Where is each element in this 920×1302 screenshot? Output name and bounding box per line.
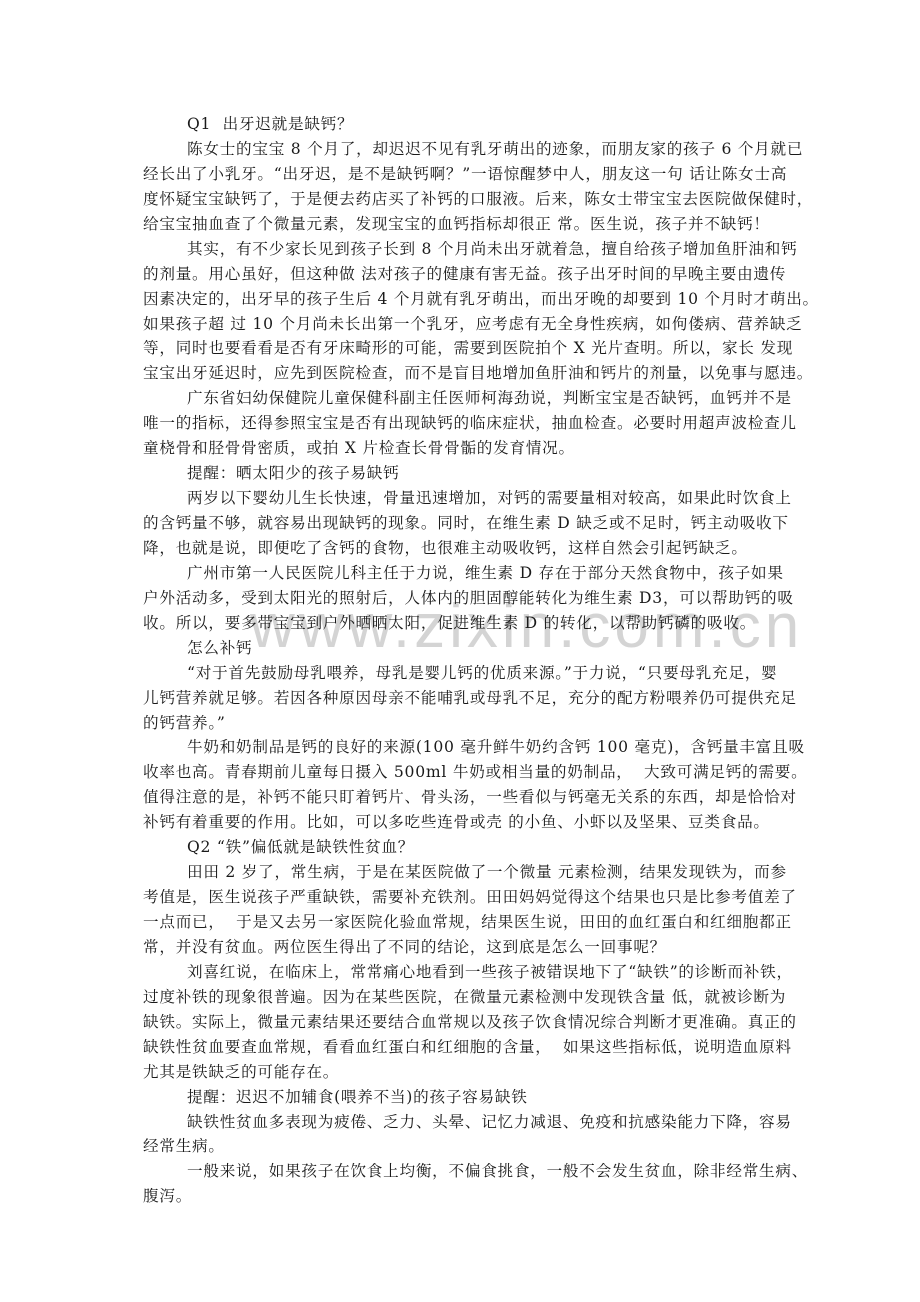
paragraph-line: 儿钙营养就足够。若因各种原因母亲不能哺乳或母乳不足，充分的配方粉喂养仍可提供充足 xyxy=(143,686,783,711)
paragraph-line: 的钙营养。” xyxy=(143,711,783,736)
paragraph-first-line: 广东省妇幼保健院儿童保健科副主任医师柯海劲说，判断宝宝是否缺钙，血钙并不是 xyxy=(143,386,783,411)
paragraph-first-line: 牛奶和奶制品是钙的良好的来源(100 毫升鲜牛奶约含钙 100 毫克)，含钙量丰… xyxy=(143,735,783,760)
paragraph-first-line: Q1 出牙迟就是缺钙？ xyxy=(143,112,783,137)
paragraph-line: 一点而已， 于是又去另一家医院化验血常规，结果医生说，田田的血红蛋白和红细胞都正 xyxy=(143,910,783,935)
paragraph-line: 的剂量。用心虽好，但这种做 法对孩子的健康有害无益。孩子出牙时间的早晚主要由遗传 xyxy=(143,262,783,287)
paragraph-line: 降，也就是说，即便吃了含钙的食物，也很难主动吸收钙，这样自然会引起钙缺乏。 xyxy=(143,536,783,561)
paragraph-line: 如果孩子超 过 10 个月尚未长出第一个乳牙，应考虑有无全身性疾病，如佝偻病、营… xyxy=(143,312,783,337)
paragraph-first-line: “对于首先鼓励母乳喂养，母乳是婴儿钙的优质来源。”于力说，“只要母乳充足，婴 xyxy=(143,661,783,686)
paragraph-line: 收率也高。青春期前儿童每日摄入 500ml 牛奶或相当量的奶制品， 大致可满足钙… xyxy=(143,760,783,785)
document-page: www.zixin.com.cn Q1 出牙迟就是缺钙？陈女士的宝宝 8 个月了… xyxy=(0,0,920,1302)
paragraph-line: 唯一的指标，还得参照宝宝是否有出现缺钙的临床症状，抽血检查。必要时用超声波检查儿 xyxy=(143,411,783,436)
paragraph-line: 尤其是铁缺乏的可能存在。 xyxy=(143,1060,783,1085)
paragraph-first-line: 提醒：迟迟不加辅食(喂养不当)的孩子容易缺铁 xyxy=(143,1085,783,1110)
paragraph-line: 等，同时也要看看是否有牙床畸形的可能，需要到医院拍个 X 光片查明。所以，家长 … xyxy=(143,336,783,361)
paragraph-line: 度怀疑宝宝缺钙了，于是便去药店买了补钙的口服液。后来，陈女士带宝宝去医院做保健时… xyxy=(143,187,783,212)
paragraph-line: 腹泻。 xyxy=(143,1184,783,1209)
paragraph-line: 缺铁性贫血要查血常规，看看血红蛋白和红细胞的含量， 如果这些指标低，说明造血原料 xyxy=(143,1035,783,1060)
paragraph-line: 考值是，医生说孩子严重缺铁，需要补充铁剂。田田妈妈觉得这个结果也只是比参考值差了 xyxy=(143,885,783,910)
paragraph-line: 户外活动多，受到太阳光的照射后，人体内的胆固醇能转化为维生素 D3，可以帮助钙的… xyxy=(143,586,783,611)
paragraph-first-line: 提醒：晒太阳少的孩子易缺钙 xyxy=(143,461,783,486)
paragraph-line: 经长出了小乳牙。“出牙迟，是不是缺钙啊？”一语惊醒梦中人，朋友这一句 话让陈女士… xyxy=(143,162,783,187)
paragraph-line: 宝宝出牙延迟时，应先到医院检查，而不是盲目地增加鱼肝油和钙片的剂量，以免事与愿违… xyxy=(143,361,783,386)
paragraph-first-line: 刘喜红说，在临床上，常常痛心地看到一些孩子被错误地下了“缺铁”的诊断而补铁， xyxy=(143,960,783,985)
paragraph-line: 收。所以，要多带宝宝到户外晒晒太阳，促进维生素 D 的转化，以帮助钙磷的吸收。 xyxy=(143,611,783,636)
paragraph-first-line: 田田 2 岁了，常生病，于是在某医院做了一个微量 元素检测，结果发现铁为，而参 xyxy=(143,860,783,885)
paragraph-line: 给宝宝抽血查了个微量元素，发现宝宝的血钙指标却很正 常。医生说，孩子并不缺钙！ xyxy=(143,212,783,237)
paragraph-line: 过度补铁的现象很普遍。因为在某些医院，在微量元素检测中发现铁含量 低，就被诊断为 xyxy=(143,985,783,1010)
paragraph-first-line: 一般来说，如果孩子在饮食上均衡，不偏食挑食，一般不会发生贫血，除非经常生病、 xyxy=(143,1159,783,1184)
paragraph-first-line: 怎么补钙 xyxy=(143,636,783,661)
paragraph-first-line: Q2 “铁”偏低就是缺铁性贫血？ xyxy=(143,835,783,860)
paragraph-first-line: 陈女士的宝宝 8 个月了，却迟迟不见有乳牙萌出的迹象，而朋友家的孩子 6 个月就… xyxy=(143,137,783,162)
paragraph-first-line: 其实，有不少家长见到孩子长到 8 个月尚未出牙就着急，擅自给孩子增加鱼肝油和钙 xyxy=(143,237,783,262)
paragraph-line: 的含钙量不够，就容易出现缺钙的现象。同时，在维生素 D 缺乏或不足时，钙主动吸收… xyxy=(143,511,783,536)
paragraph-line: 因素决定的，出牙早的孩子生后 4 个月就有乳牙萌出，而出牙晚的却要到 10 个月… xyxy=(143,287,783,312)
paragraph-line: 常，并没有贫血。两位医生得出了不同的结论，这到底是怎么一回事呢？ xyxy=(143,935,783,960)
paragraph-first-line: 两岁以下婴幼儿生长快速，骨量迅速增加，对钙的需要量相对较高，如果此时饮食上 xyxy=(143,486,783,511)
paragraph-line: 缺铁。实际上，微量元素结果还要结合血常规以及孩子饮食情况综合判断才更准确。真正的 xyxy=(143,1010,783,1035)
paragraph-line: 补钙有着重要的作用。比如，可以多吃些连骨或壳 的小鱼、小虾以及坚果、豆类食品。 xyxy=(143,810,783,835)
paragraph-first-line: 广州市第一人民医院儿科主任于力说，维生素 D 存在于部分天然食物中，孩子如果 xyxy=(143,561,783,586)
paragraph-line: 值得注意的是，补钙不能只盯着钙片、骨头汤，一些看似与钙毫无关系的东西，却是恰恰对 xyxy=(143,785,783,810)
document-body: Q1 出牙迟就是缺钙？陈女士的宝宝 8 个月了，却迟迟不见有乳牙萌出的迹象，而朋… xyxy=(143,112,783,1209)
paragraph-line: 童桡骨和胫骨骨密质，或拍 X 片检查长骨骨骺的发育情况。 xyxy=(143,436,783,461)
paragraph-first-line: 缺铁性贫血多表现为疲倦、乏力、头晕、记忆力减退、免疫和抗感染能力下降，容易 xyxy=(143,1110,783,1135)
paragraph-line: 经常生病。 xyxy=(143,1134,783,1159)
